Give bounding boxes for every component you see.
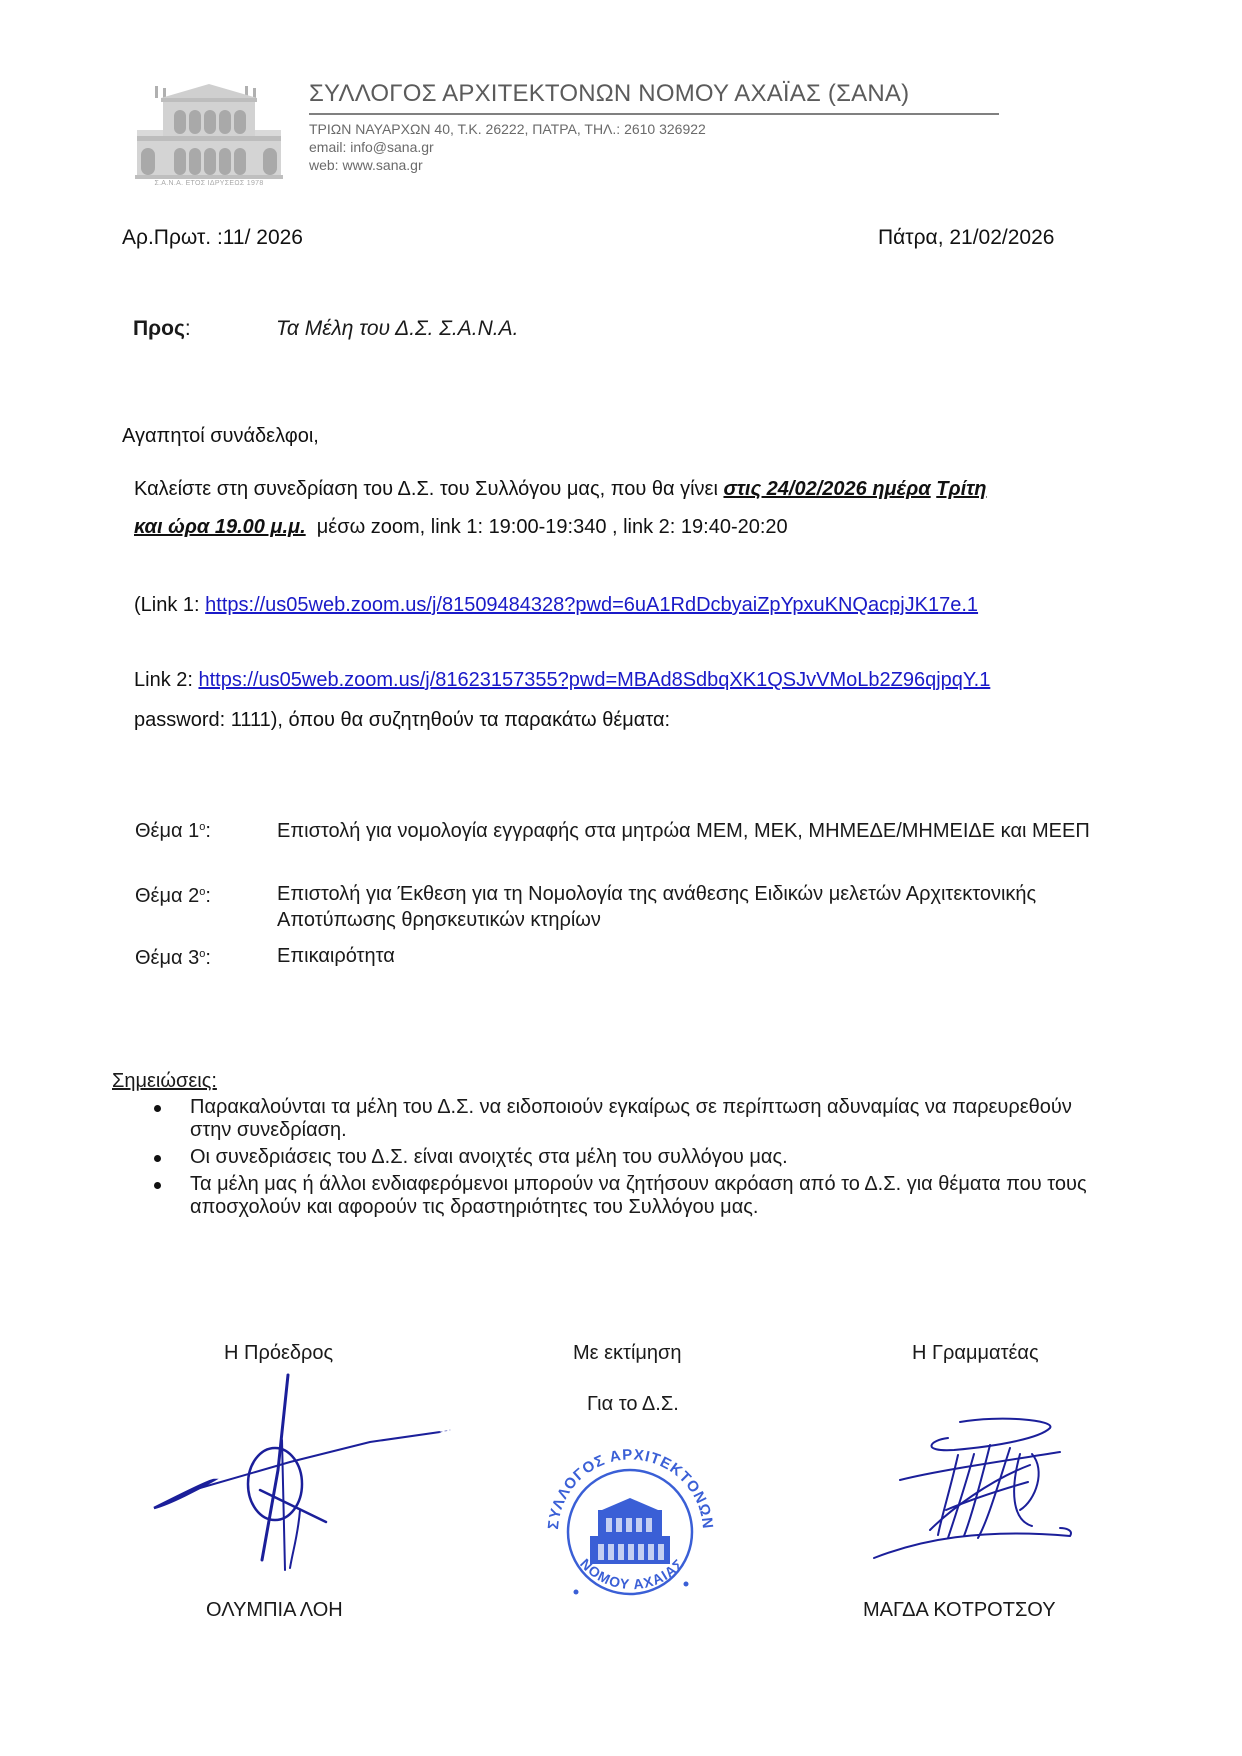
meeting-time: και ώρα 19.00 μ.μ. [134,516,306,538]
association-stamp-icon: ΣΥΛΛΟΓΟΣ ΑΡΧΙΤΕΚΤΟΝΩΝ ΝΟΜΟΥ ΑΧΑΙΑΣ [528,1432,733,1622]
logo-caption: Σ.Α.Ν.Α. ΕΤΟΣ ΙΔΡΥΣΕΩΣ 1978 [133,180,285,187]
notes-list: Παρακαλούνται τα μέλη του Δ.Σ. να ειδοπο… [150,1096,1110,1223]
link-1-line: (Link 1: https://us05web.zoom.us/j/81509… [134,594,978,617]
closing-regards: Με εκτίμηση [573,1342,682,1365]
president-title: Η Πρόεδρος [224,1342,333,1365]
link-2-line: Link 2: https://us05web.zoom.us/j/816231… [134,669,990,692]
secretary-signature-icon [860,1410,1100,1560]
invitation-line-2: και ώρα 19.00 μ.μ. μέσω zoom, link 1: 19… [134,516,788,539]
greeting: Αγαπητοί συνάδελφοι, [122,425,319,448]
recipient-colon: : [185,317,191,340]
topic-3-text: Επικαιρότητα [277,943,1137,969]
president-signature-icon [140,1370,480,1580]
topic-1-text: Επιστολή για νομολογία εγγραφής στα μητρ… [277,818,1137,844]
protocol-number: Αρ.Πρωτ. :11/ 2026 [122,226,303,250]
invitation-line-1: Καλείστε στη συνεδρίαση του Δ.Σ. του Συλ… [134,478,987,501]
meeting-schedule: μέσω zoom, link 1: 19:00-19:340 , link 2… [306,516,788,538]
invitation-intro: Καλείστε στη συνεδρίαση του Δ.Σ. του Συλ… [134,478,723,500]
note-item: Τα μέλη μας ή άλλοι ενδιαφερόμενοι μπορο… [150,1173,1110,1219]
recipient-label-text: Προς [133,317,185,340]
topic-2-text: Επιστολή για Έκθεση για τη Νομολογία της… [277,881,1137,933]
president-name: ΟΛΥΜΠΙΑ ΛΟΗ [206,1599,343,1622]
organization-address: ΤΡΙΩΝ ΝΑΥΑΡΧΩΝ 40, Τ.Κ. 26222, ΠΑΤΡΑ, ΤΗ… [309,121,706,137]
bullet-icon [154,1105,161,1112]
notes-title: Σημειώσεις: [112,1070,217,1093]
note-item: Οι συνεδριάσεις του Δ.Σ. είναι ανοιχτές … [150,1146,1110,1169]
topic-3-label: Θέμα 3ο: [135,947,211,970]
letterhead-divider [309,113,999,115]
link-1-label: (Link 1: [134,594,205,616]
closing-for-board: Για το Δ.Σ. [587,1393,679,1416]
zoom-link-2[interactable]: https://us05web.zoom.us/j/81623157355?pw… [198,669,990,691]
password-line: password: 1111), όπου θα συζητηθούν τα π… [134,709,670,732]
secretary-name: ΜΑΓΔΑ ΚΟΤΡΟΤΣΟΥ [863,1599,1056,1622]
organization-website: web: www.sana.gr [309,157,423,173]
zoom-link-1[interactable]: https://us05web.zoom.us/j/81509484328?pw… [205,594,978,616]
meeting-day: Τρίτη [936,478,986,500]
topic-1-label: Θέμα 1ο: [135,820,211,843]
bullet-icon [154,1155,161,1162]
topic-2-label: Θέμα 2ο: [135,885,211,908]
secretary-title: Η Γραμματέας [912,1342,1039,1365]
organization-name: ΣΥΛΛΟΓΟΣ ΑΡΧΙΤΕΚΤΟΝΩΝ ΝΟΜΟΥ ΑΧΑΪΑΣ (ΣΑΝΑ… [309,80,909,108]
recipient-label: Προς: [133,317,191,341]
bullet-icon [154,1182,161,1189]
meeting-date: στις 24/02/2026 ημέρα [723,478,930,500]
link-2-label: Link 2: [134,669,198,691]
note-item: Παρακαλούνται τα μέλη του Δ.Σ. να ειδοπο… [150,1096,1110,1142]
place-and-date: Πάτρα, 21/02/2026 [878,226,1054,250]
recipient-value: Τα Μέλη του Δ.Σ. Σ.Α.Ν.Α. [276,317,518,341]
building-logo-icon [133,80,285,190]
organization-email: email: info@sana.gr [309,139,434,155]
